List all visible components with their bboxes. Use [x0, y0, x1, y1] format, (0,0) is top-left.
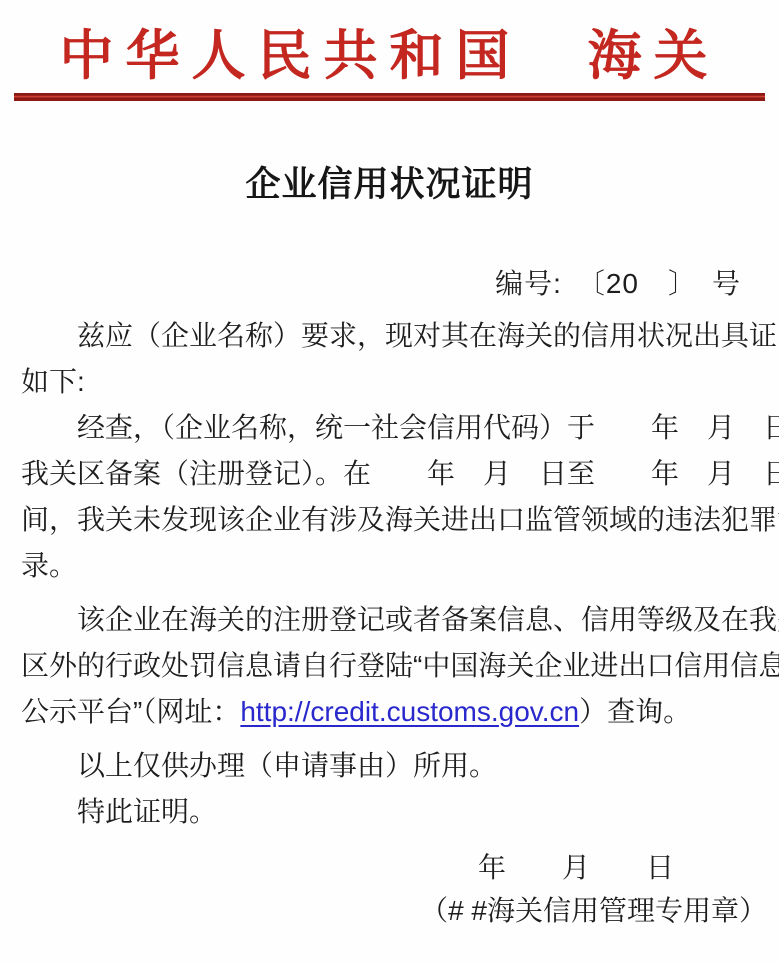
body-line-with-link: 公示平台”（网址：http://credit.customs.gov.cn）查询…: [21, 689, 760, 735]
credit-platform-link[interactable]: http://credit.customs.gov.cn: [240, 696, 579, 727]
body-line: 如下:: [21, 359, 760, 405]
body-line: 间，我关未发现该企业有涉及海关进出口监管领域的违法犯罪记: [21, 497, 760, 543]
seal-line: （# #海关信用管理专用章）: [0, 891, 779, 931]
link-line-prefix: 公示平台”（网址：: [21, 696, 240, 727]
certificate-page: 中华人民共和国 海关 企业信用状况证明 编号: 〔20 〕 号 兹应（企业名称）…: [0, 0, 779, 964]
body-line: 区外的行政处罚信息请自行登陆“中国海关企业进出口信用信息: [21, 643, 760, 689]
link-line-suffix: ）查询。: [579, 696, 691, 727]
doc-number-line: 编号: 〔20 〕 号: [0, 267, 779, 301]
closing-line-purpose: 以上仅供办理（申请事由）所用。: [21, 743, 760, 789]
signature-date-line: 年 月 日: [0, 845, 779, 891]
body-line: 我关区备案（注册登记）。在 年 月 日至 年 月 日期: [21, 451, 760, 497]
header-rule: [14, 93, 765, 101]
body-line: 经查，（企业名称，统一社会信用代码）于 年 月 日在: [21, 405, 760, 451]
body-line: 兹应（企业名称）要求，现对其在海关的信用状况出具证明: [21, 313, 760, 359]
closing-line-certify: 特此证明。: [21, 789, 760, 835]
body-line: 该企业在海关的注册登记或者备案信息、信用等级及在我关: [21, 597, 760, 643]
body-line: 录。: [21, 543, 760, 589]
document-title: 企业信用状况证明: [0, 163, 779, 207]
document-body: 兹应（企业名称）要求，现对其在海关的信用状况出具证明 如下: 经查，（企业名称，…: [0, 313, 779, 835]
customs-header-title: 中华人民共和国 海关: [0, 24, 779, 89]
